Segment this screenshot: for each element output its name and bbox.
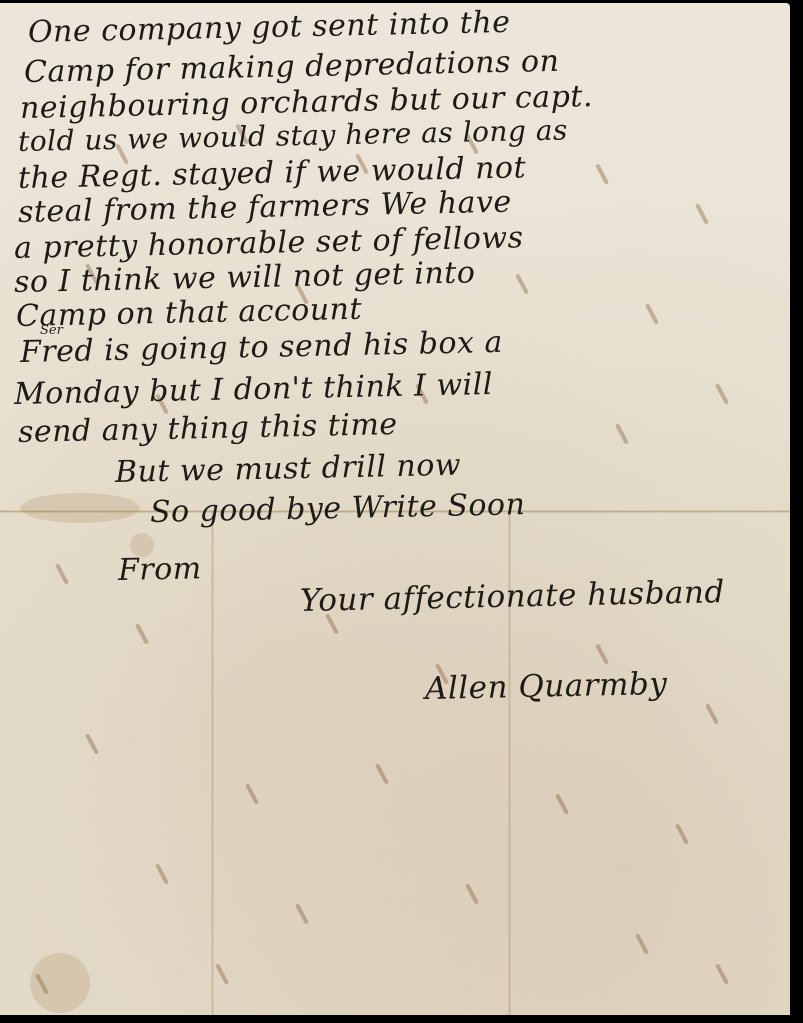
letter-page: One company got sent into the Camp for m… xyxy=(0,3,790,1015)
stain xyxy=(20,493,140,523)
signature: Allen Quarmby xyxy=(425,666,668,707)
letter-line: Camp on that account xyxy=(16,292,363,334)
stain xyxy=(30,953,90,1013)
fold-line-vertical-left xyxy=(211,511,214,1015)
from-label: From xyxy=(118,551,202,588)
closing-line: But we must drill now xyxy=(115,448,462,490)
